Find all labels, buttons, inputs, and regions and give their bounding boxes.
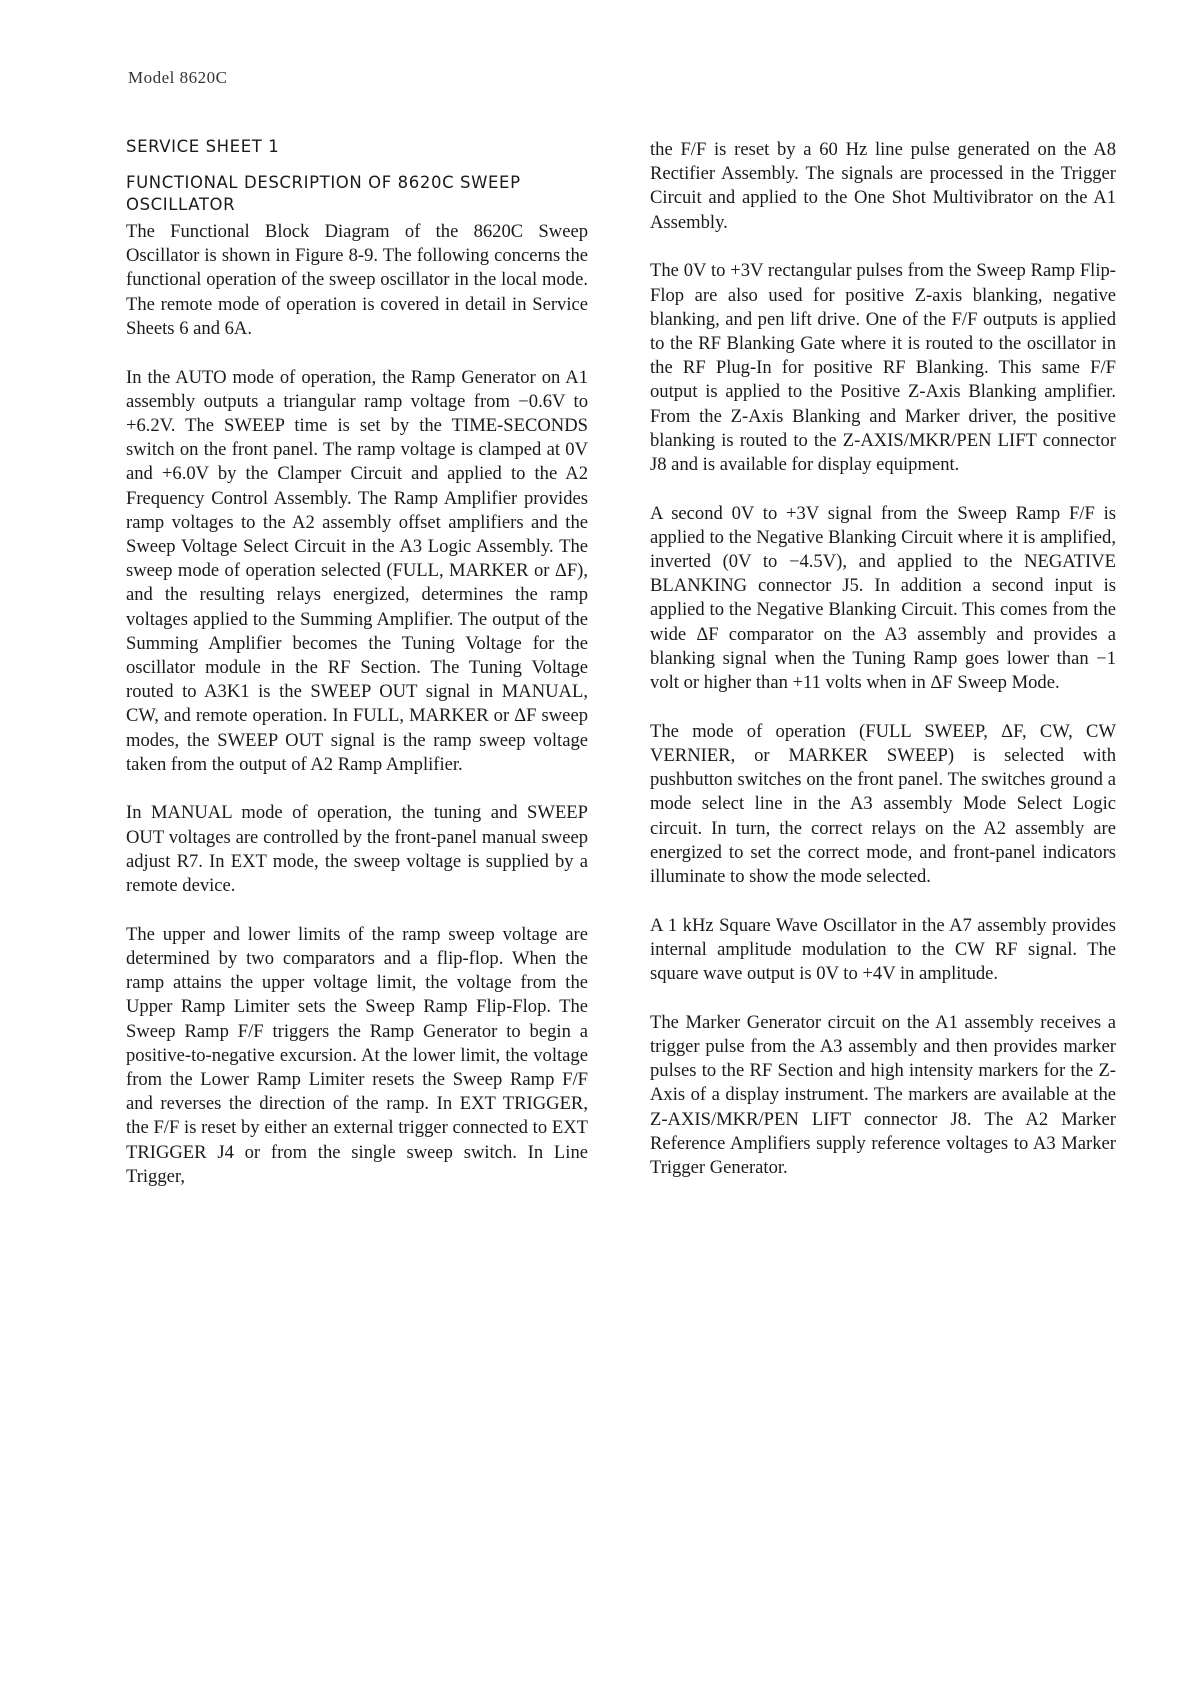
paragraph-square-wave: A 1 kHz Square Wave Oscillator in the A7… (650, 914, 1116, 987)
paragraph-auto-mode: In the AUTO mode of operation, the Ramp … (126, 366, 588, 777)
section-title: FUNCTIONAL DESCRIPTION OF 8620C SWEEP OS… (126, 172, 588, 216)
page-header-model: Model 8620C (128, 68, 227, 88)
paragraph-rectangular-pulses: The 0V to +3V rectangular pulses from th… (650, 259, 1116, 477)
paragraph-ramp-limits: The upper and lower limits of the ramp s… (126, 923, 588, 1189)
paragraph-negative-blanking: A second 0V to +3V signal from the Sweep… (650, 502, 1116, 696)
paragraph-line-trigger: the F/F is reset by a 60 Hz line pulse g… (650, 138, 1116, 235)
paragraph-intro: The Functional Block Diagram of the 8620… (126, 220, 588, 341)
paragraph-manual-mode: In MANUAL mode of operation, the tuning … (126, 801, 588, 898)
paragraph-mode-selection: The mode of operation (FULL SWEEP, ΔF, C… (650, 720, 1116, 889)
left-column: SERVICE SHEET 1 FUNCTIONAL DESCRIPTION O… (126, 136, 588, 1214)
paragraph-marker-generator: The Marker Generator circuit on the A1 a… (650, 1011, 1116, 1180)
service-sheet-title: SERVICE SHEET 1 (126, 136, 588, 158)
right-column: the F/F is reset by a 60 Hz line pulse g… (650, 138, 1116, 1205)
